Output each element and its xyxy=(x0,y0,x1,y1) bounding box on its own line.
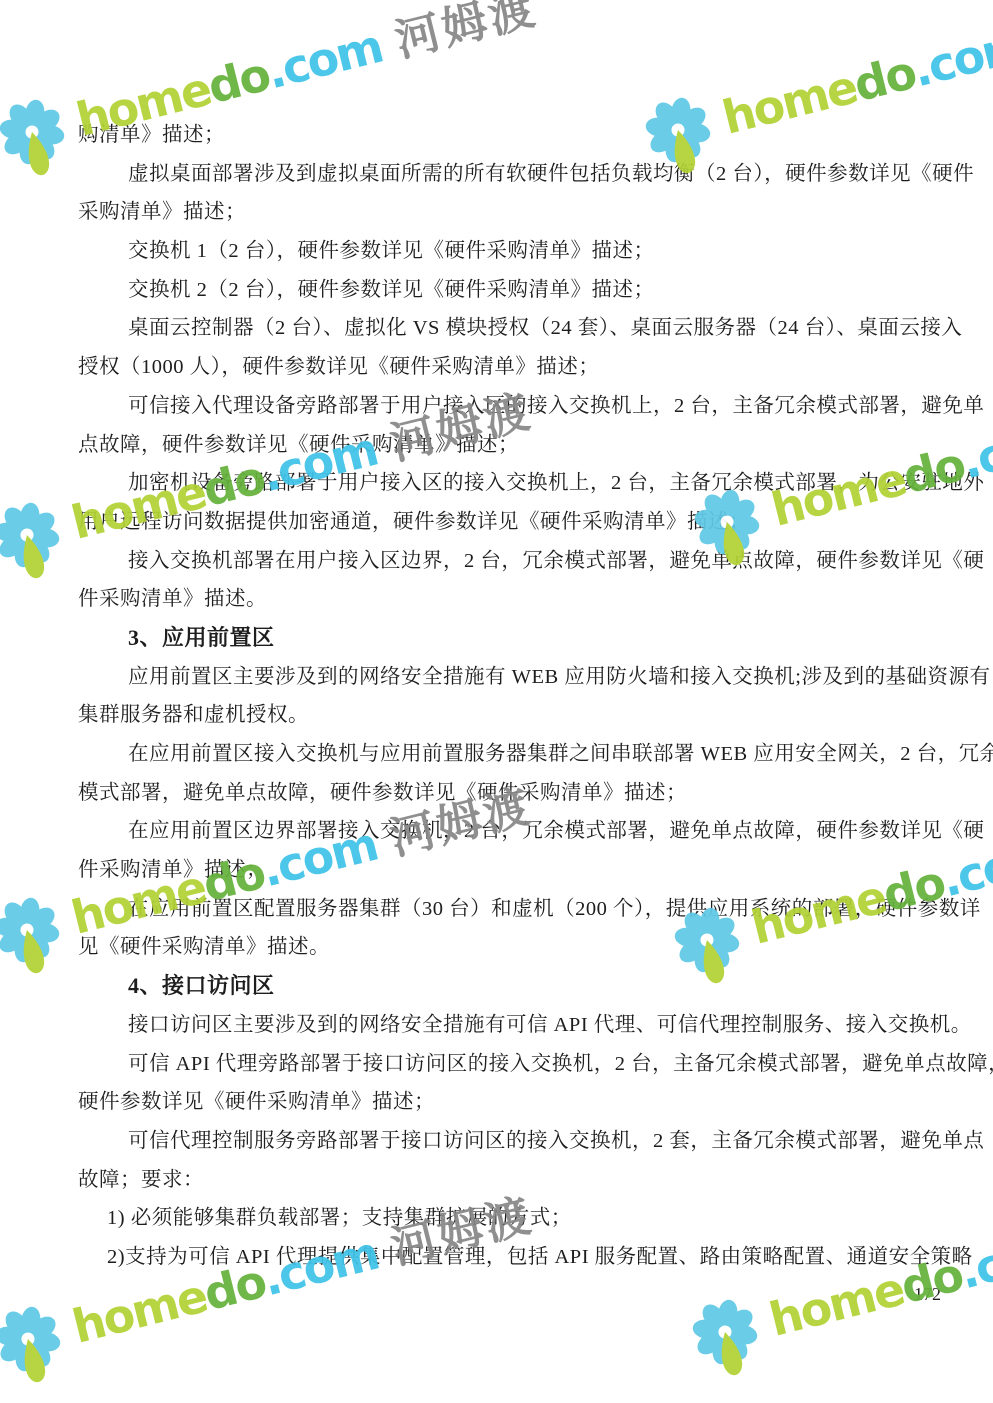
text-line: 硬件参数详见《硬件采购清单》描述； xyxy=(78,1083,934,1122)
watermark-brand-com: .com xyxy=(907,16,993,98)
section-heading: 3、应用前置区 xyxy=(78,619,934,658)
text-line: 接口访问区主要涉及到的网络安全措施有可信 API 代理、可信代理控制服务、接入交… xyxy=(78,1006,934,1045)
homedo-flower-icon xyxy=(0,493,78,602)
document-page: 购清单》描述；虚拟桌面部署涉及到虚拟桌面所需的所有软硬件包括负载均衡（2 台），… xyxy=(0,0,993,1403)
watermark-brand-do: do xyxy=(202,46,274,115)
text-line: 交换机 1（2 台），硬件参数详见《硬件采购清单》描述； xyxy=(78,232,934,271)
text-line: 件采购清单》描述。 xyxy=(78,580,934,619)
document-body: 购清单》描述；虚拟桌面部署涉及到虚拟桌面所需的所有软硬件包括负载均衡（2 台），… xyxy=(78,116,934,1277)
homedo-flower-icon xyxy=(0,888,78,997)
homedo-flower-icon xyxy=(0,90,83,199)
text-line: 1) 必须能够集群负载部署；支持集群扩展的方式； xyxy=(78,1199,934,1238)
watermark-brand-com: .com xyxy=(261,18,387,100)
page-number: 172 xyxy=(914,1284,941,1305)
text-line: 桌面云控制器（2 台）、虚拟化 VS 模块授权（24 套）、桌面云服务器（24 … xyxy=(78,309,934,348)
text-line: 用户远程访问数据提供加密通道，硬件参数详见《硬件采购清单》描述； xyxy=(78,503,934,542)
text-line: 点故障，硬件参数详见《硬件采购清单》描述； xyxy=(78,426,934,465)
watermark-brand-home: home xyxy=(67,1268,212,1355)
text-line: 可信 API 代理旁路部署于接口访问区的接入交换机，2 台，主备冗余模式部署，避… xyxy=(78,1045,934,1084)
text-line: 在应用前置区边界部署接入交换机，2 台，冗余模式部署，避免单点故障，硬件参数详见… xyxy=(78,812,934,851)
text-line: 2)支持为可信 API 代理提供集中配置管理，包括 API 服务配置、路由策略配… xyxy=(78,1238,934,1277)
section-heading: 4、接口访问区 xyxy=(78,967,934,1006)
text-line: 交换机 2（2 台），硬件参数详见《硬件采购清单》描述； xyxy=(78,271,934,310)
text-line: 应用前置区主要涉及到的网络安全措施有 WEB 应用防火墙和接入交换机;涉及到的基… xyxy=(78,658,934,697)
text-line: 授权（1000 人），硬件参数详见《硬件采购清单》描述； xyxy=(78,348,934,387)
text-line: 见《硬件采购清单》描述。 xyxy=(78,928,934,967)
watermark-brand-cjk: 河姆渡 xyxy=(390,0,543,69)
text-line: 接入交换机部署在用户接入区边界，2 台，冗余模式部署，避免单点故障，硬件参数详见… xyxy=(78,542,934,581)
text-line: 件采购清单》描述； xyxy=(78,851,934,890)
homedo-flower-icon xyxy=(680,1290,776,1399)
text-line: 集群服务器和虚机授权。 xyxy=(78,696,934,735)
text-line: 在应用前置区配置服务器集群（30 台）和虚机（200 个），提供应用系统的部署，… xyxy=(78,890,934,929)
text-line: 在应用前置区接入交换机与应用前置服务器集群之间串联部署 WEB 应用安全网关，2… xyxy=(78,735,934,774)
homedo-flower-icon xyxy=(0,1297,79,1403)
watermark-brand-do: do xyxy=(848,44,920,113)
text-line: 模式部署，避免单点故障，硬件参数详见《硬件采购清单》描述； xyxy=(78,774,934,813)
text-line: 虚拟桌面部署涉及到虚拟桌面所需的所有软硬件包括负载均衡（2 台），硬件参数详见《… xyxy=(78,155,934,194)
text-line: 可信接入代理设备旁路部署于用户接入区的接入交换机上，2 台，主备冗余模式部署，避… xyxy=(78,387,934,426)
text-line: 采购清单》描述； xyxy=(78,193,934,232)
text-line: 可信代理控制服务旁路部署于接口访问区的接入交换机，2 套，主备冗余模式部署，避免… xyxy=(78,1122,934,1161)
text-line: 购清单》描述； xyxy=(78,116,934,155)
text-line: 故障；要求： xyxy=(78,1161,934,1200)
text-line: 加密机设备旁路部署于用户接入区的接入交换机上，2 台，主备冗余模式部署，为公安驻… xyxy=(78,464,934,503)
